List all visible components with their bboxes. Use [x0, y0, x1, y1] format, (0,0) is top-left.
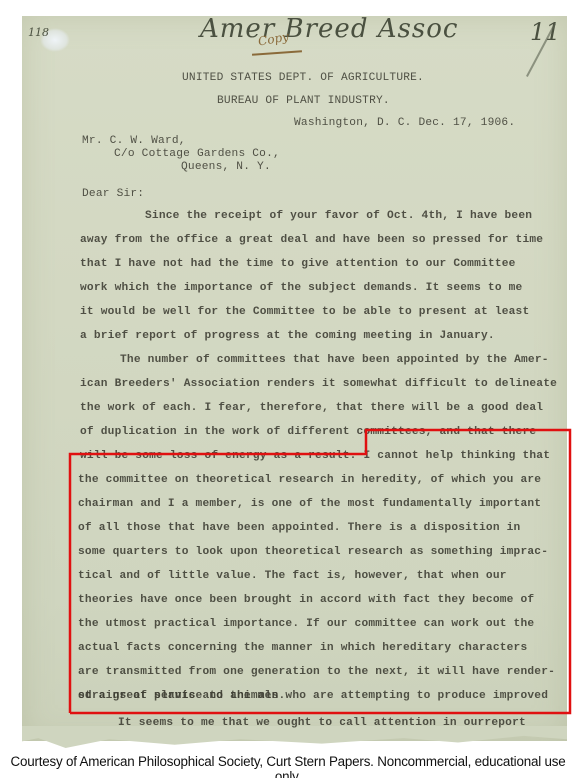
body-line: it would be well for the Committee to be…: [80, 306, 529, 318]
recipient-company: C/o Cottage Gardens Co.,: [114, 148, 280, 160]
body-line: the work of each. I fear, therefore, tha…: [80, 402, 543, 414]
body-line: The number of committees that have been …: [120, 354, 549, 366]
body-line: some quarters to look upon theoretical r…: [78, 546, 548, 558]
recipient-name: Mr. C. W. Ward,: [82, 135, 186, 147]
body-line: that I have not had the time to give att…: [80, 258, 516, 270]
body-line: ican Breeders' Association renders it so…: [80, 378, 557, 390]
letter-date: Washington, D. C. Dec. 17, 1906.: [294, 117, 515, 129]
letterhead-bureau: BUREAU OF PLANT INDUSTRY.: [217, 95, 390, 107]
letterhead-department: UNITED STATES DEPT. OF AGRICULTURE.: [182, 72, 424, 84]
body-line: strains of plants and animals.: [78, 690, 285, 702]
body-line: tical and of little value. The fact is, …: [78, 570, 507, 582]
body-line: work which the importance of the subject…: [80, 282, 522, 294]
handwritten-annotation: Amer Breed Assoc: [200, 14, 458, 44]
body-line: away from the office a great deal and ha…: [80, 234, 543, 246]
body-line: Since the receipt of your favor of Oct. …: [145, 210, 532, 222]
body-line: the committee on theoretical research in…: [78, 474, 541, 486]
body-line: the utmost practical importance. If our …: [78, 618, 534, 630]
body-line: of all those that have been appointed. T…: [78, 522, 520, 534]
salutation: Dear Sir:: [82, 188, 144, 200]
recipient-city: Queens, N. Y.: [181, 161, 271, 173]
body-line: chairman and I a member, is one of the m…: [78, 498, 541, 510]
body-line: It seems to me that we ought to call att…: [118, 717, 526, 729]
body-line: of duplication in the work of different …: [80, 426, 536, 438]
body-line: actual facts concerning the manner in wh…: [78, 642, 527, 654]
body-line: a brief report of progress at the coming…: [80, 330, 495, 342]
body-line: will be some loss of energy as a result.…: [80, 450, 550, 462]
body-line: are transmitted from one generation to t…: [78, 666, 555, 678]
torn-paper-edge: [22, 726, 567, 748]
body-line: theories have once been brought in accor…: [78, 594, 534, 606]
handwritten-corner-mark: 118: [28, 26, 49, 39]
image-credit-caption: Courtesy of American Philosophical Socie…: [0, 754, 576, 778]
